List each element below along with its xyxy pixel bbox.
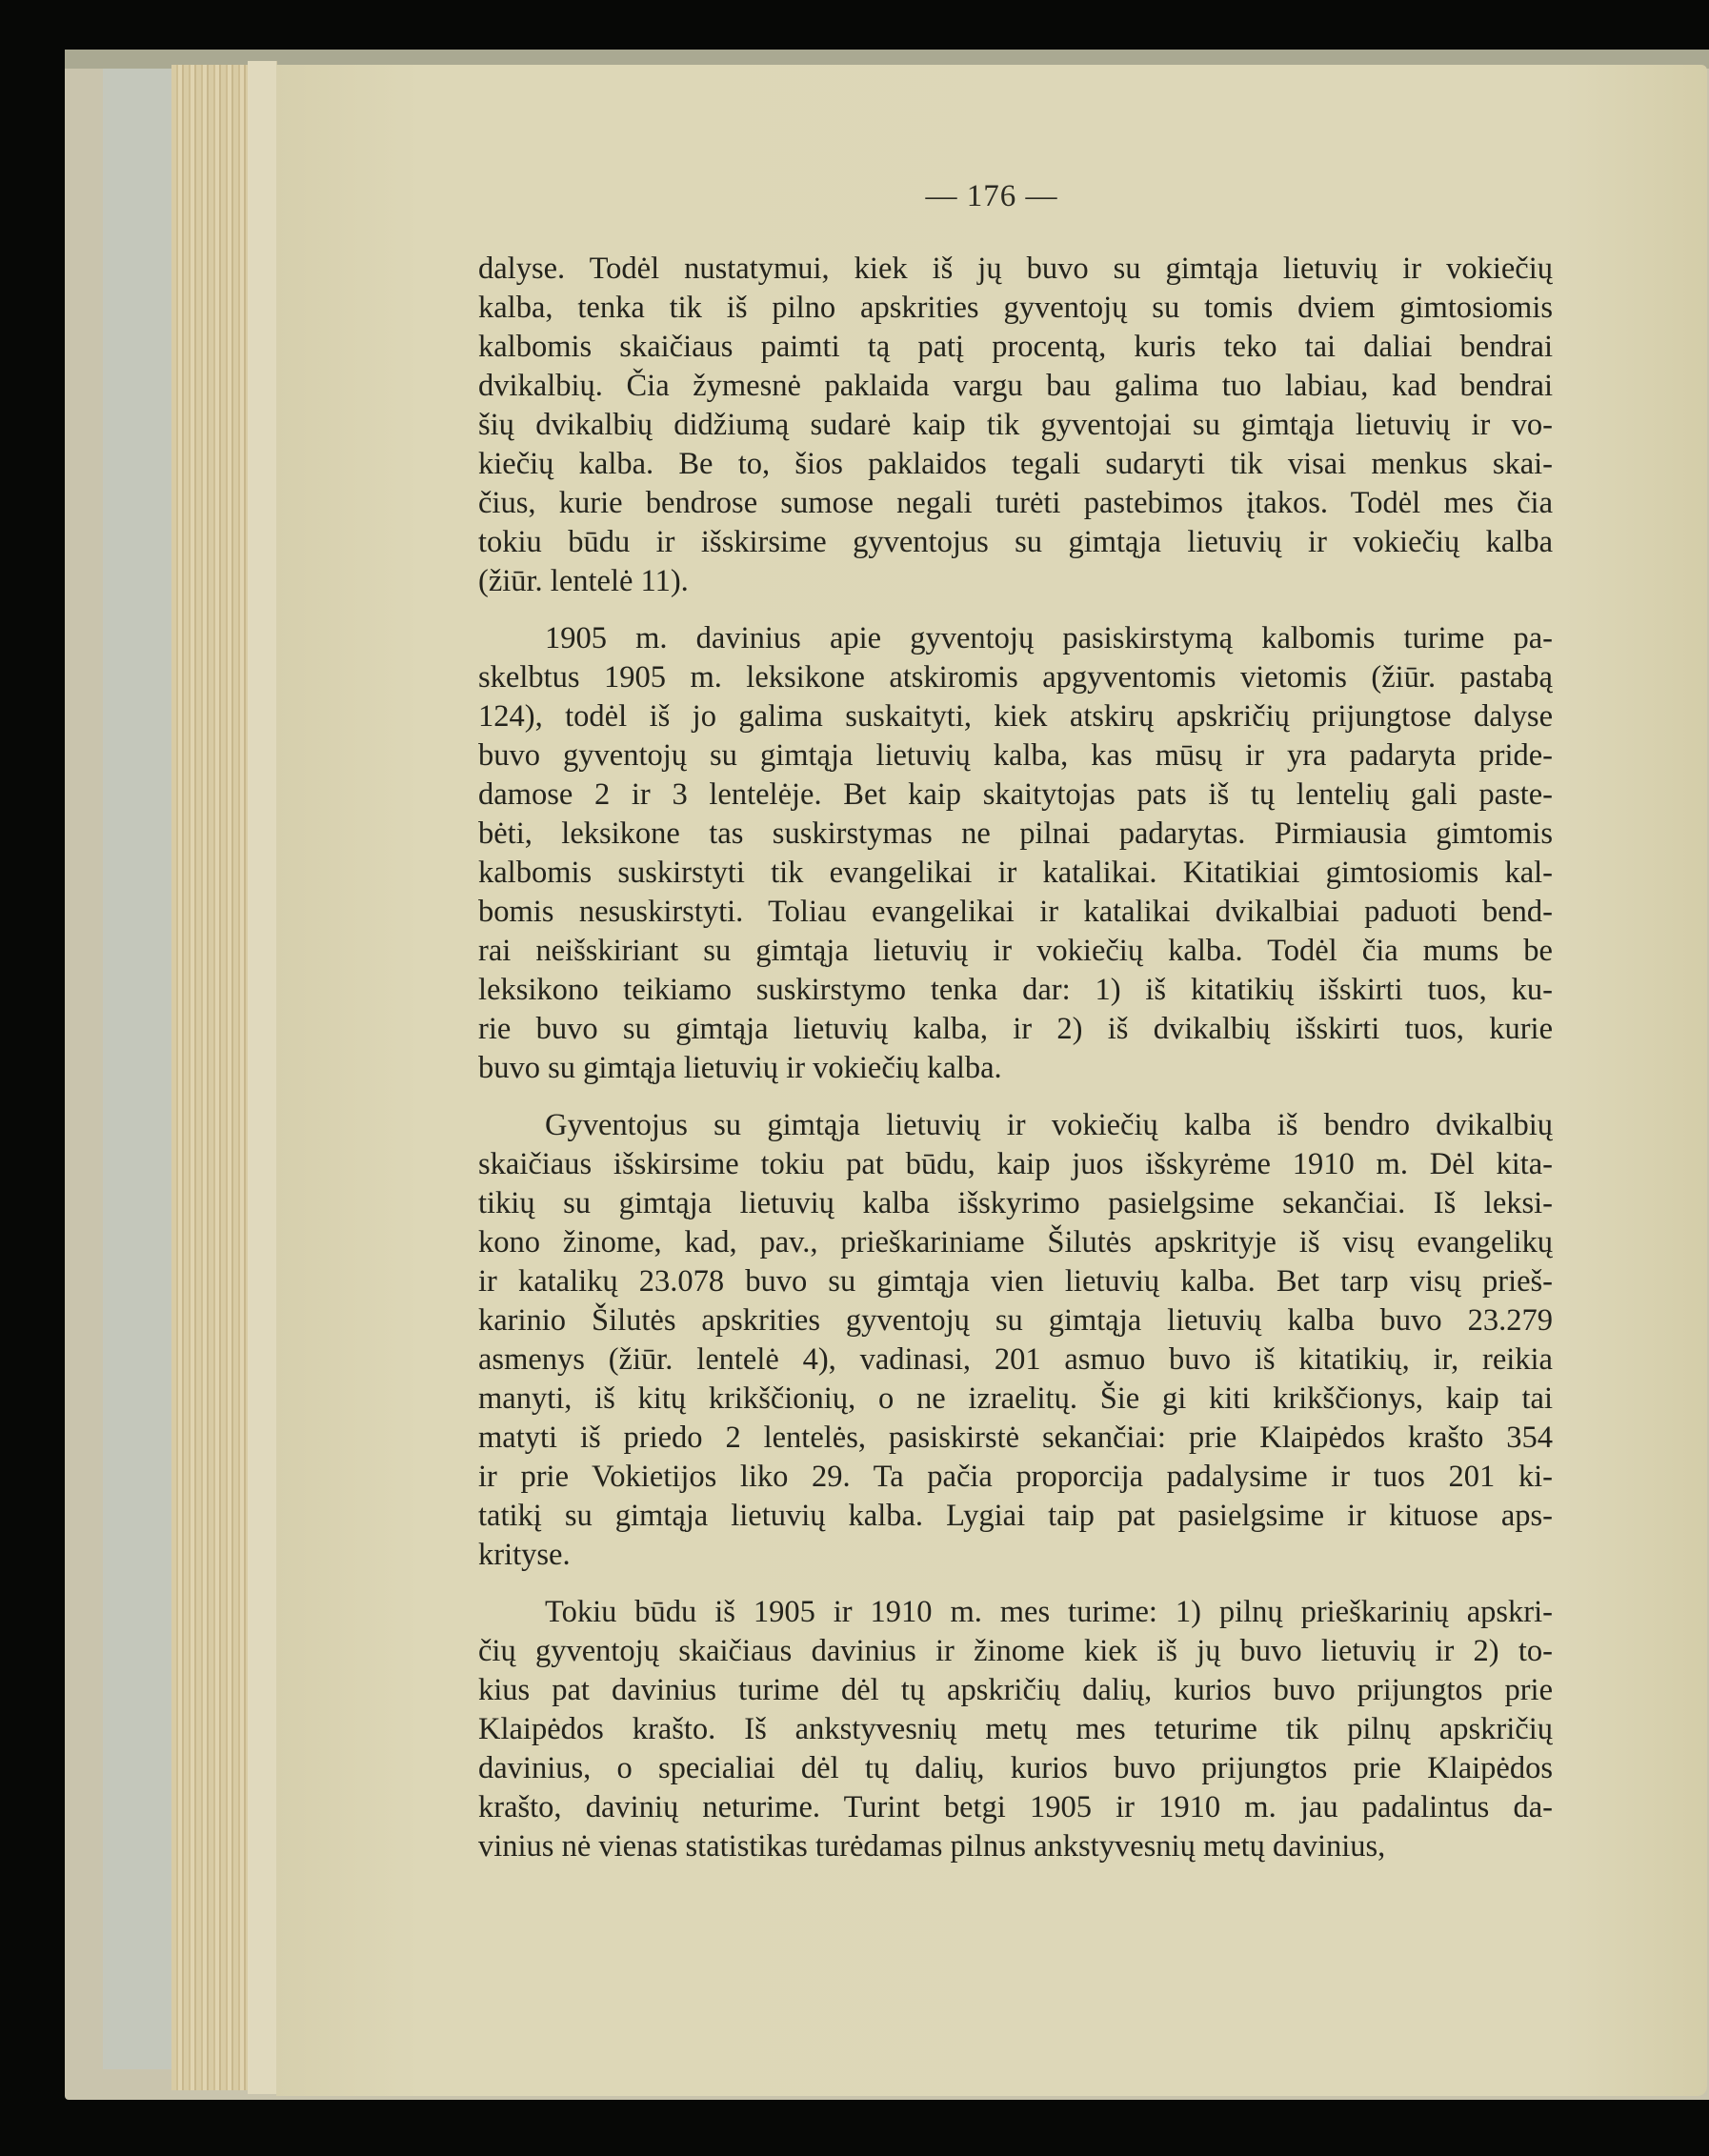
text-line: davinius, o specialiai dėl tų dalių, kur… xyxy=(478,1749,1553,1788)
page-number: — 176 — xyxy=(276,179,1707,214)
text-line: krašto, davinių neturime. Turint betgi 1… xyxy=(478,1788,1553,1827)
paragraph: Tokiu būdu iš 1905 ir 1910 m. mes turime… xyxy=(478,1593,1553,1866)
text-line: kalba, tenka tik iš pilno apskrities gyv… xyxy=(478,289,1553,328)
text-line: ir katalikų 23.078 buvo su gimtąja vien … xyxy=(478,1262,1553,1301)
text-line: damose 2 ir 3 lentelėje. Bet kaip skaity… xyxy=(478,776,1553,815)
text-line: skaičiaus išskirsime tokiu pat būdu, kai… xyxy=(478,1145,1553,1184)
text-line: kalbomis skaičiaus paimti tą patį procen… xyxy=(478,328,1553,367)
text-line: čius, kurie bendrose sumose negali turėt… xyxy=(478,484,1553,523)
text-line: 124), todėl iš jo galima suskaityti, kie… xyxy=(478,697,1553,736)
text-line: vinius nė vienas statistikas turėdamas p… xyxy=(478,1827,1553,1866)
text-line: 1905 m. davinius apie gyventojų pasiskir… xyxy=(478,619,1553,658)
paragraph: dalyse. Todėl nustatymui, kiek iš jų buv… xyxy=(478,250,1553,601)
text-line: tatikį su gimtąja lietuvių kalba. Lygiai… xyxy=(478,1497,1553,1536)
page-edges-stack xyxy=(171,65,248,2090)
text-line: kiečių kalba. Be to, šios paklaidos tega… xyxy=(478,445,1553,484)
text-line: dvikalbių. Čia žymesnė paklaida vargu ba… xyxy=(478,367,1553,406)
text-line: buvo su gimtąja lietuvių ir vokiečių kal… xyxy=(478,1049,1553,1088)
text-line: tikių su gimtąja lietuvių kalba išskyrim… xyxy=(478,1184,1553,1223)
text-line: buvo gyventojų su gimtąja lietuvių kalba… xyxy=(478,736,1553,776)
text-line: kalbomis suskirstyti tik evangelikai ir … xyxy=(478,854,1553,893)
text-line: čių gyventojų skaičiaus davinius ir žino… xyxy=(478,1632,1553,1671)
text-line: tokiu būdu ir išskirsime gyventojus su g… xyxy=(478,523,1553,562)
text-line: ir prie Vokietijos liko 29. Ta pačia pro… xyxy=(478,1458,1553,1497)
endpaper-strip xyxy=(103,69,171,2069)
body-text: dalyse. Todėl nustatymui, kiek iš jų buv… xyxy=(478,250,1553,1884)
text-line: karinio Šilutės apskrities gyventojų su … xyxy=(478,1301,1553,1340)
paragraph: Gyventojus su gimtąja lietuvių ir vokieč… xyxy=(478,1106,1553,1575)
text-line: asmenys (žiūr. lentelė 4), vadinasi, 201… xyxy=(478,1340,1553,1380)
text-line: krityse. xyxy=(478,1536,1553,1575)
text-line: matyti iš priedo 2 lentelės, pasiskirstė… xyxy=(478,1419,1553,1458)
previous-leaf-edge xyxy=(248,61,277,2094)
text-line: rai neišskiriant su gimtąja lietuvių ir … xyxy=(478,932,1553,971)
text-line: skelbtus 1905 m. leksikone atskiromis ap… xyxy=(478,658,1553,697)
text-line: dalyse. Todėl nustatymui, kiek iš jų buv… xyxy=(478,250,1553,289)
text-line: Gyventojus su gimtąja lietuvių ir vokieč… xyxy=(478,1106,1553,1145)
text-line: Tokiu būdu iš 1905 ir 1910 m. mes turime… xyxy=(478,1593,1553,1632)
text-line: kono žinome, kad, pav., prieškariniame Š… xyxy=(478,1223,1553,1262)
text-line: leksikono teikiamo suskirstymo tenka dar… xyxy=(478,971,1553,1010)
paragraph: 1905 m. davinius apie gyventojų pasiskir… xyxy=(478,619,1553,1088)
text-line: bėti, leksikone tas suskirstymas ne piln… xyxy=(478,815,1553,854)
text-line: bomis nesuskirstyti. Toliau evangelikai … xyxy=(478,893,1553,932)
text-line: Klaipėdos krašto. Iš ankstyvesnių metų m… xyxy=(478,1710,1553,1749)
text-line: manyti, iš kitų krikščionių, o ne izrael… xyxy=(478,1380,1553,1419)
text-line: (žiūr. lentelė 11). xyxy=(478,562,1553,601)
text-line: rie buvo su gimtąja lietuvių kalba, ir 2… xyxy=(478,1010,1553,1049)
text-line: kius pat davinius turime dėl tų apskriči… xyxy=(478,1671,1553,1710)
text-line: šių dvikalbių didžiumą sudarė kaip tik g… xyxy=(478,406,1553,445)
